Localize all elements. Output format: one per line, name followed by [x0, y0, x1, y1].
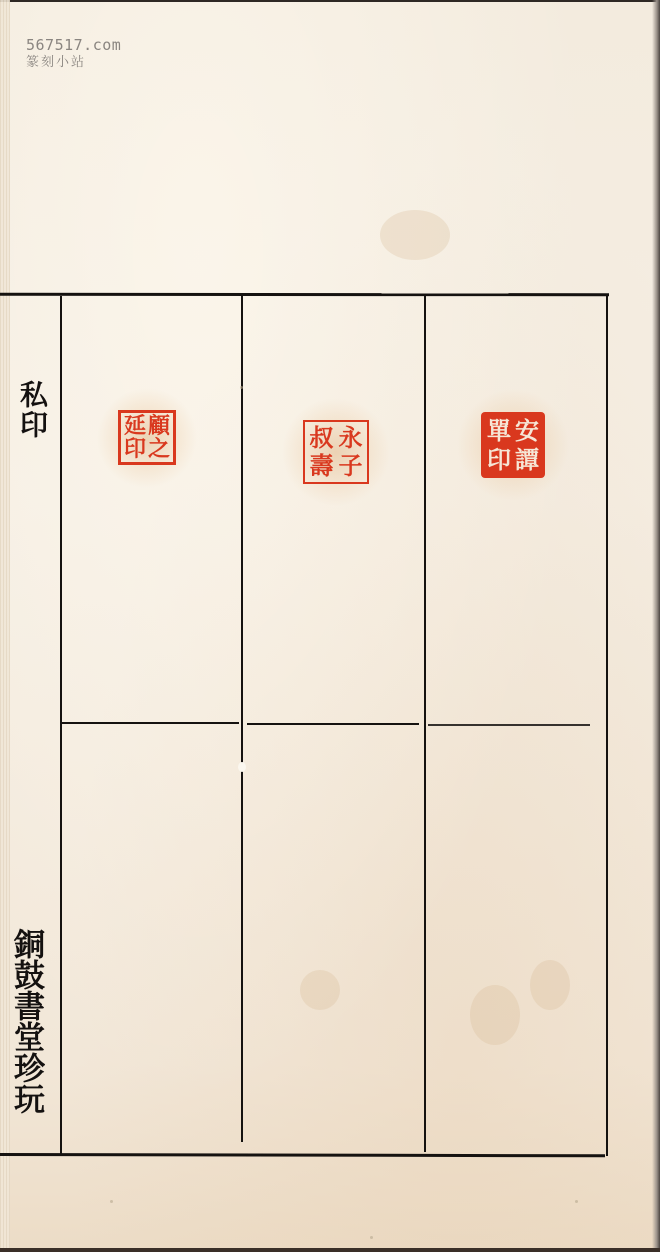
watermark: 567517.com 篆刻小站 — [26, 36, 121, 72]
row-divider-col2 — [247, 723, 419, 725]
column-divider-1 — [60, 296, 62, 1154]
row-divider-col1 — [62, 722, 239, 724]
seal-impression-3: 安 單 譚 印 — [481, 412, 545, 478]
seal-glyph: 永 — [339, 426, 363, 450]
seal-glyph: 印 — [487, 448, 511, 472]
paper-speck — [370, 1236, 373, 1239]
seal-stamp: 永 叔 子 壽 — [303, 420, 369, 484]
watermark-url: 567517.com — [26, 36, 121, 54]
seal-impression-1: 顧 延 之 印 — [118, 410, 176, 465]
frame-bottom-line — [0, 1153, 605, 1157]
seal-glyph: 印 — [124, 438, 146, 460]
seal-glyph: 之 — [148, 438, 170, 460]
watermark-site-name: 篆刻小站 — [26, 54, 121, 72]
paper-stain — [530, 960, 570, 1010]
frame-right-line — [606, 294, 608, 1156]
seal-glyph: 叔 — [310, 426, 334, 450]
paper-hole — [238, 762, 246, 772]
margin-label-top: 私印 — [12, 380, 52, 440]
frame-top-line — [0, 293, 609, 297]
seal-glyph: 子 — [339, 454, 363, 478]
page-top-edge — [0, 0, 660, 2]
seal-stamp: 安 單 譚 印 — [481, 412, 545, 478]
scanned-page: 567517.com 篆刻小站 私印 銅鼓書堂珍玩 顧 延 之 印 永 叔 子 … — [0, 0, 660, 1252]
seal-glyph: 壽 — [310, 454, 334, 478]
paper-speck — [240, 386, 243, 389]
paper-stain — [470, 985, 520, 1045]
seal-glyph: 安 — [515, 419, 539, 443]
paper-speck — [575, 1200, 578, 1203]
paper-stain — [300, 970, 340, 1010]
page-bottom-edge — [0, 1248, 660, 1252]
binding-edge — [652, 0, 660, 1252]
seal-glyph: 單 — [487, 419, 511, 443]
paper-stain — [380, 210, 450, 260]
column-divider-2 — [241, 296, 243, 1142]
paper-speck — [110, 1200, 113, 1203]
seal-glyph: 顧 — [148, 415, 170, 437]
row-divider-col3 — [428, 724, 590, 726]
margin-label-bottom: 銅鼓書堂珍玩 — [10, 928, 41, 1114]
column-divider-3 — [424, 296, 426, 1152]
seal-impression-2: 永 叔 子 壽 — [303, 420, 369, 484]
seal-glyph: 譚 — [515, 448, 539, 472]
seal-stamp: 顧 延 之 印 — [118, 410, 176, 465]
seal-glyph: 延 — [124, 415, 146, 437]
